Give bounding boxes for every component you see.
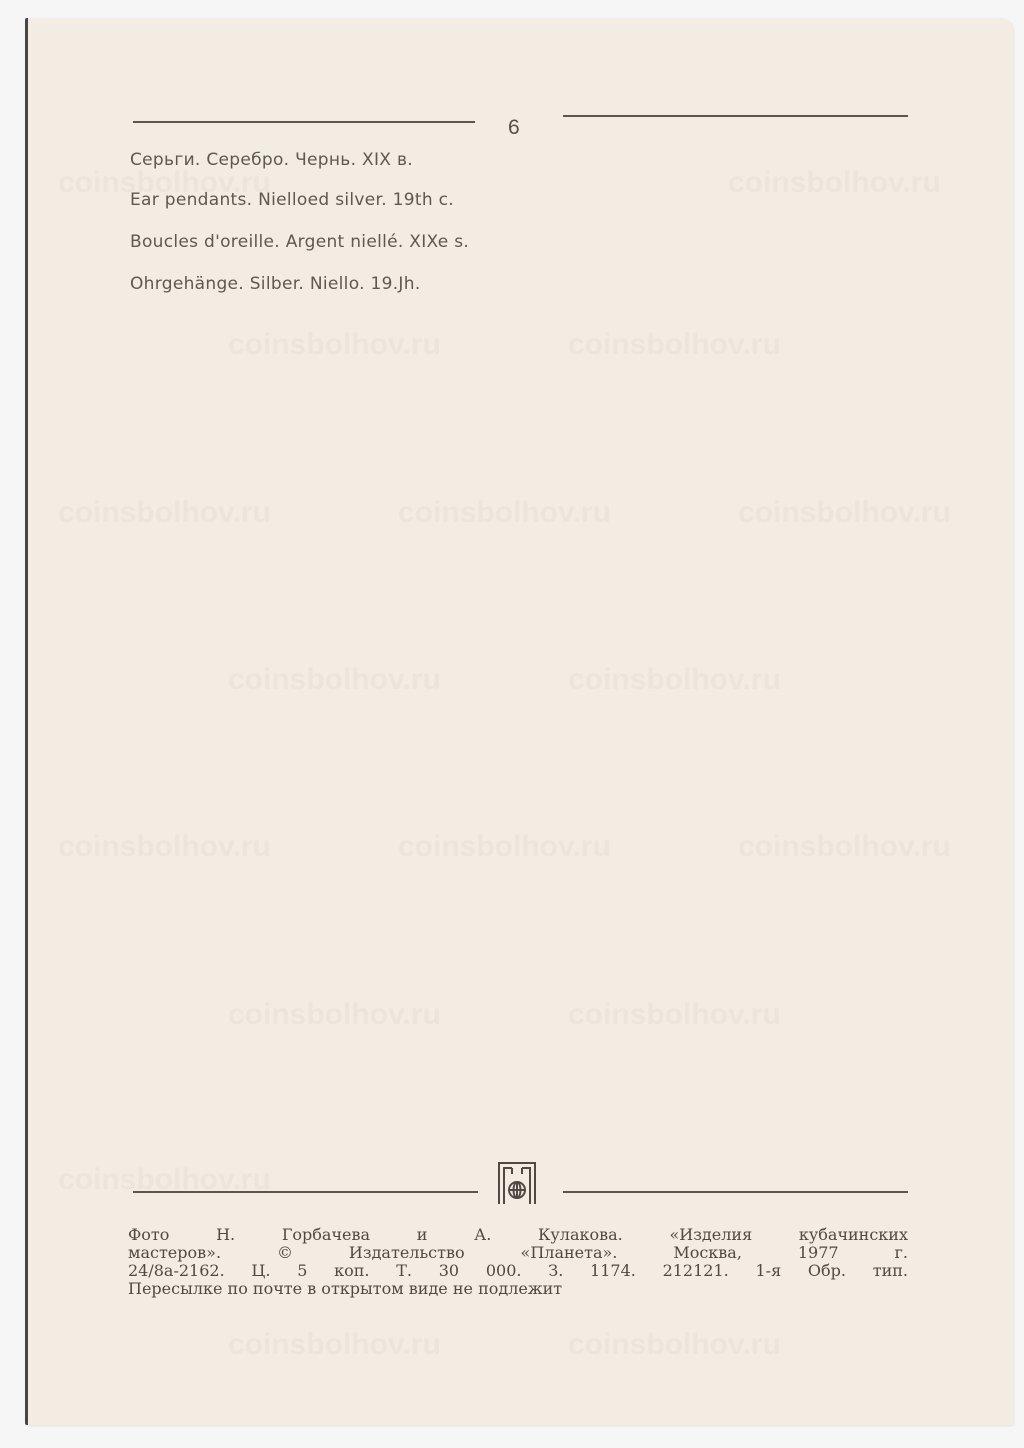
watermark: coinsbolhov.ru xyxy=(228,1328,441,1362)
header-rule-left xyxy=(133,121,475,123)
caption-russian: Серьги. Серебро. Чернь. XIX в. xyxy=(130,150,413,170)
watermark: coinsbolhov.ru xyxy=(568,998,781,1032)
watermark: coinsbolhov.ru xyxy=(568,663,781,697)
watermark: coinsbolhov.ru xyxy=(568,1328,781,1362)
caption-german: Ohrgehänge. Silber. Niello. 19.Jh. xyxy=(130,274,421,294)
imprint-line: Пересылке по почте в открытом виде не по… xyxy=(128,1280,908,1298)
caption-english: Ear pendants. Nielloed silver. 19th c. xyxy=(130,190,454,210)
page-number: 6 xyxy=(508,116,520,140)
watermark: coinsbolhov.ru xyxy=(228,998,441,1032)
publisher-imprint: Фото Н. Горбачева и А. Кулакова. «Издели… xyxy=(128,1226,908,1298)
watermark: coinsbolhov.ru xyxy=(398,830,611,864)
imprint-line: Фото Н. Горбачева и А. Кулакова. «Издели… xyxy=(128,1226,908,1244)
caption-french: Boucles d'oreille. Argent niellé. XIXe s… xyxy=(130,232,469,252)
watermark: coinsbolhov.ru xyxy=(398,496,611,530)
watermark: coinsbolhov.ru xyxy=(58,830,271,864)
header-rule-right xyxy=(563,115,908,117)
postcard-back: coinsbolhov.ru coinsbolhov.ru coinsbolho… xyxy=(25,18,1013,1425)
imprint-line: мастеров». © Издательство «Планета». Мос… xyxy=(128,1244,908,1262)
footer-rule-left xyxy=(133,1191,478,1193)
watermark: coinsbolhov.ru xyxy=(568,328,781,362)
footer-rule-right xyxy=(563,1191,908,1193)
watermark: coinsbolhov.ru xyxy=(738,830,951,864)
imprint-line: 24/8а-2162. Ц. 5 коп. Т. 30 000. З. 1174… xyxy=(128,1262,908,1280)
planeta-logo-icon xyxy=(496,1160,538,1206)
watermark: coinsbolhov.ru xyxy=(228,328,441,362)
watermark: coinsbolhov.ru xyxy=(58,496,271,530)
watermark: coinsbolhov.ru xyxy=(728,166,941,200)
watermark: coinsbolhov.ru xyxy=(228,663,441,697)
watermark: coinsbolhov.ru xyxy=(738,496,951,530)
